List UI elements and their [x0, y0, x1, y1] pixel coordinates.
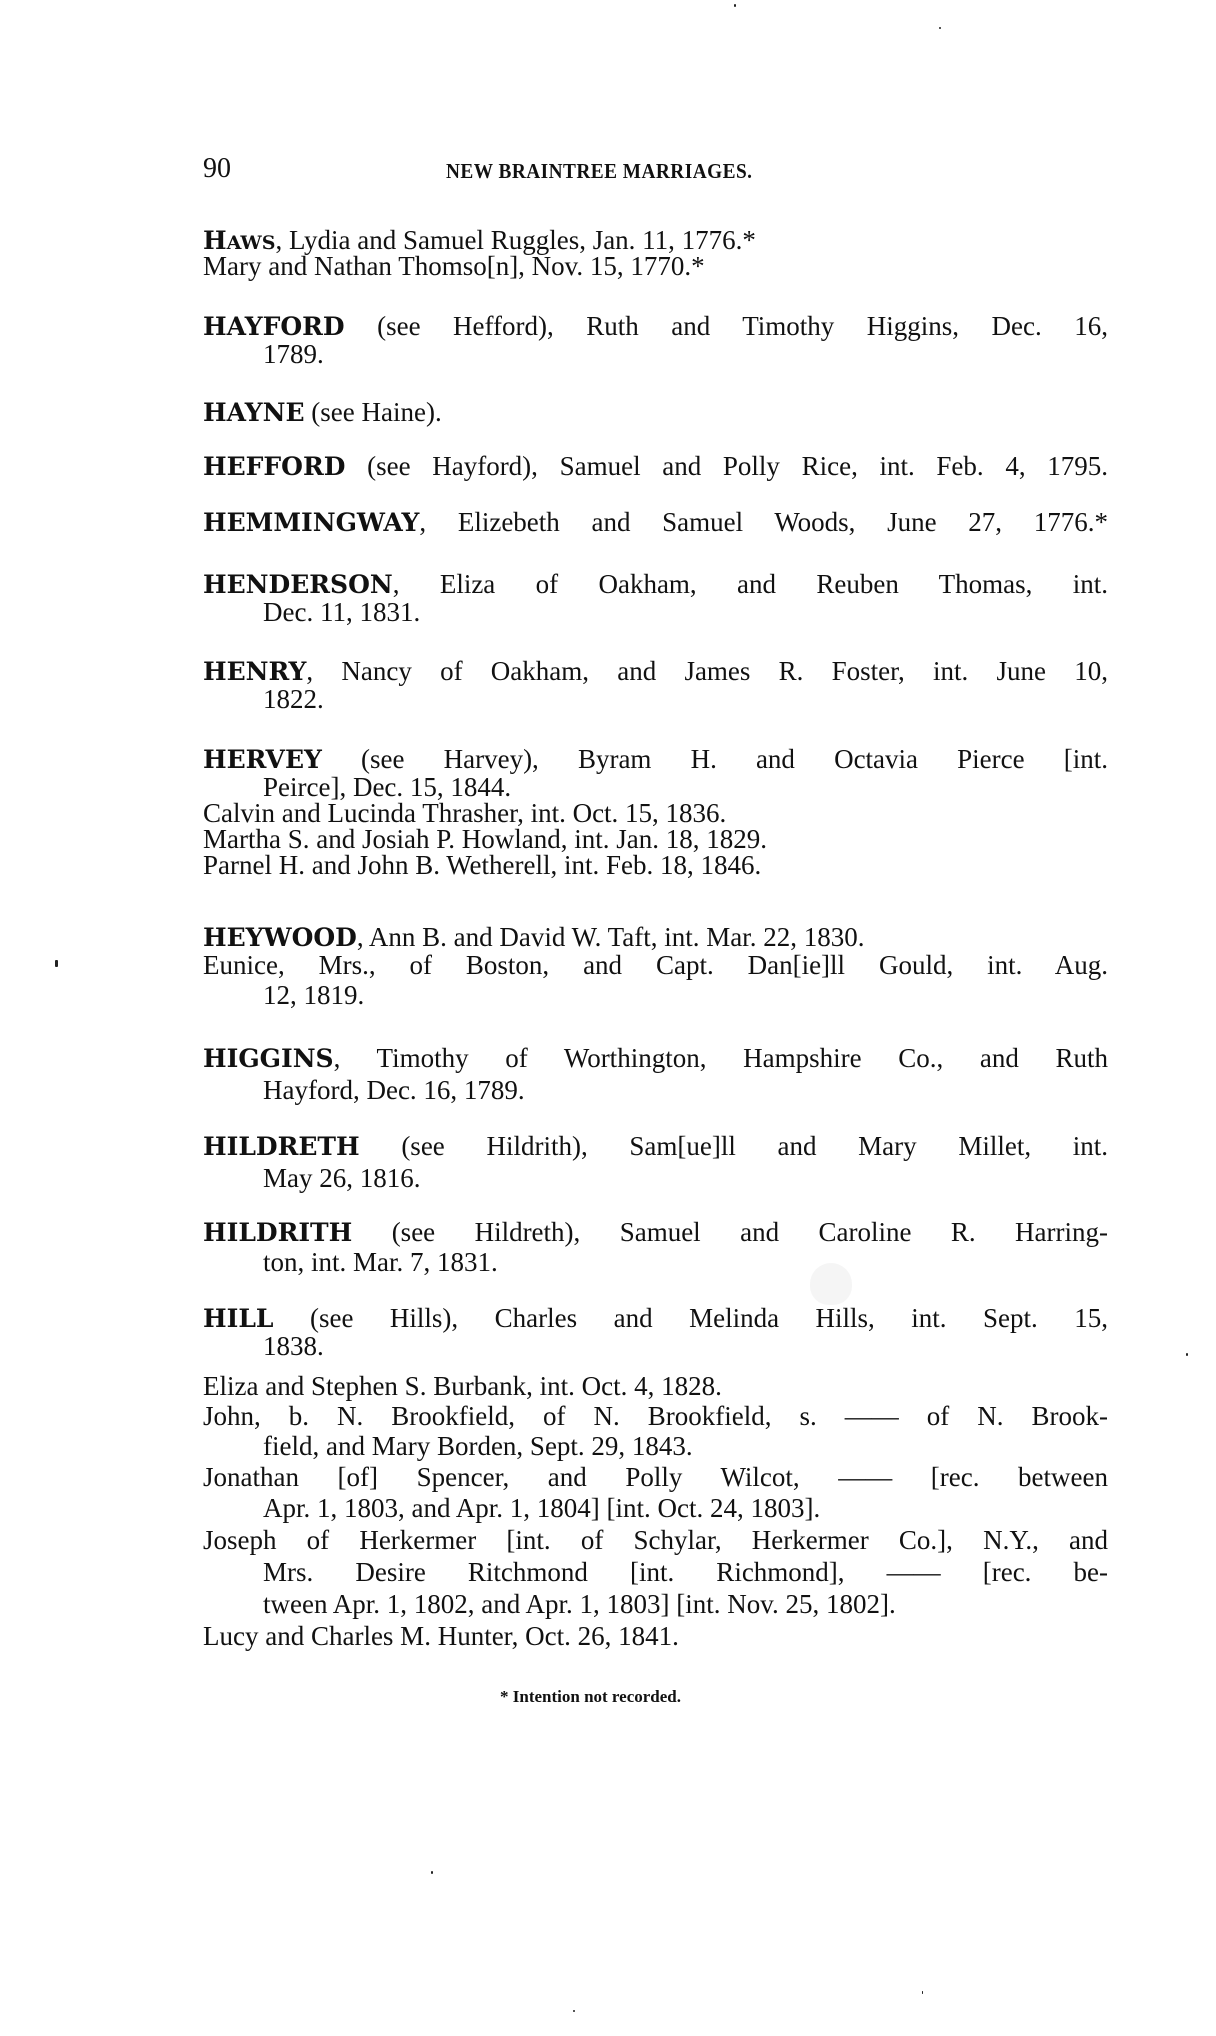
entry-text: 1822. — [263, 684, 324, 714]
entry-line: HEMMINGWAY, Elizebeth and Samuel Woods, … — [203, 506, 1108, 539]
entry-text: May 26, 1816. — [263, 1163, 421, 1193]
entry-continuation-line: 1822. — [263, 683, 1108, 715]
running-head: 90 NEW BRAINTREE MARRIAGES. — [203, 152, 1108, 186]
entry-text: ton, int. Mar. 7, 1831. — [263, 1247, 498, 1277]
entry-line: Lucy and Charles M. Hunter, Oct. 26, 184… — [203, 1620, 1108, 1652]
entry-continuation-line: ton, int. Mar. 7, 1831. — [263, 1246, 1108, 1278]
page-title: NEW BRAINTREE MARRIAGES. — [446, 156, 752, 186]
entry-text: 1789. — [263, 339, 324, 369]
entry-line: HEFFORD (see Hayford), Samuel and Polly … — [203, 450, 1108, 483]
entry-text: Jonathan [of] Spencer, and Polly Wilcot,… — [203, 1462, 1108, 1492]
entry-text: , Eliza of Oakham, and Reuben Thomas, in… — [393, 569, 1108, 599]
entry-text: , Ann B. and David W. Taft, int. Mar. 22… — [357, 922, 865, 952]
entry-text: tween Apr. 1, 1802, and Apr. 1, 1803] [i… — [263, 1589, 896, 1619]
entry-continuation-line: May 26, 1816. — [263, 1162, 1108, 1194]
entry-text: Eliza and Stephen S. Burbank, int. Oct. … — [203, 1371, 722, 1401]
entry-line: HILDRITH (see Hildreth), Samuel and Caro… — [203, 1216, 1108, 1249]
entry-text: (see Harvey), Byram H. and Octavia Pierc… — [322, 744, 1108, 774]
entry-line: HAYNE (see Haine). — [203, 396, 1108, 429]
entry-text: Joseph of Herkermer [int. of Schylar, He… — [203, 1525, 1108, 1555]
entry-text: John, b. N. Brookfield, of N. Brookfield… — [203, 1401, 1108, 1431]
entry-text: (see Hefford), Ruth and Timothy Higgins,… — [345, 311, 1108, 341]
entry-line: Jonathan [of] Spencer, and Polly Wilcot,… — [203, 1461, 1108, 1493]
scan-speck — [55, 960, 58, 967]
surname-heading: HENRY — [203, 657, 306, 686]
entry-text: (see Hayford), Samuel and Polly Rice, in… — [345, 451, 1108, 481]
entry-continuation-line: field, and Mary Borden, Sept. 29, 1843. — [263, 1430, 1108, 1462]
surname-heading: HEMMINGWAY — [203, 508, 419, 537]
entry-text: (see Hildreth), Samuel and Caroline R. H… — [352, 1217, 1108, 1247]
entry-text: 12, 1819. — [263, 980, 364, 1010]
entry-continuation-line: 1789. — [263, 338, 1108, 370]
entry-text: , Timothy of Worthington, Hampshire Co.,… — [334, 1043, 1108, 1073]
surname-heading: HENDERSON — [203, 570, 393, 599]
surname-heading: HERVEY — [203, 745, 322, 774]
entry-text: Lucy and Charles M. Hunter, Oct. 26, 184… — [203, 1621, 679, 1651]
entry-text: , Elizebeth and Samuel Woods, June 27, 1… — [419, 507, 1108, 537]
surname-heading: HEYWOOD — [203, 923, 357, 952]
surname-heading: HIGGINS — [203, 1044, 334, 1073]
scan-speck — [573, 2010, 575, 2012]
entry-text: 1838. — [263, 1331, 324, 1361]
entry-text: , Nancy of Oakham, and James R. Foster, … — [306, 656, 1108, 686]
entry-continuation-line: 1838. — [263, 1330, 1108, 1362]
entry-text: Parnel H. and John B. Wetherell, int. Fe… — [203, 850, 761, 880]
entry-line: Parnel H. and John B. Wetherell, int. Fe… — [203, 849, 1108, 881]
entry-line: HILDRETH (see Hildrith), Sam[ue]ll and M… — [203, 1130, 1108, 1163]
entry-text: Dec. 11, 1831. — [263, 597, 420, 627]
surname-heading: HILL — [203, 1304, 273, 1333]
entry-continuation-line: Mrs. Desire Ritchmond [int. Richmond], —… — [263, 1556, 1108, 1588]
document-page: 90 NEW BRAINTREE MARRIAGES. HAWS, Lydia … — [0, 0, 1216, 2036]
surname-heading: HILDRITH — [203, 1218, 352, 1247]
scan-speck — [734, 4, 736, 7]
entry-text: (see Hills), Charles and Melinda Hills, … — [273, 1303, 1108, 1333]
footnote: * Intention not recorded. — [500, 1686, 681, 1708]
entry-text: (see Hildrith), Sam[ue]ll and Mary Mille… — [360, 1131, 1108, 1161]
entry-continuation-line: Dec. 11, 1831. — [263, 596, 1108, 628]
entry-line: Eunice, Mrs., of Boston, and Capt. Dan[i… — [203, 949, 1108, 981]
entry-line: Joseph of Herkermer [int. of Schylar, He… — [203, 1524, 1108, 1556]
entry-text: Apr. 1, 1803, and Apr. 1, 1804] [int. Oc… — [263, 1493, 820, 1523]
entry-continuation-line: 12, 1819. — [263, 979, 1108, 1011]
scan-speck — [1186, 1353, 1188, 1356]
scan-speck — [431, 1871, 433, 1874]
entry-text: Eunice, Mrs., of Boston, and Capt. Dan[i… — [203, 950, 1108, 980]
surname-heading: HEFFORD — [203, 452, 345, 481]
entry-line: HIGGINS, Timothy of Worthington, Hampshi… — [203, 1042, 1108, 1075]
surname-heading: HAYFORD — [203, 312, 345, 341]
entry-line: Eliza and Stephen S. Burbank, int. Oct. … — [203, 1370, 1108, 1402]
entry-continuation-line: Apr. 1, 1803, and Apr. 1, 1804] [int. Oc… — [263, 1492, 1108, 1524]
entry-continuation-line: Hayford, Dec. 16, 1789. — [263, 1074, 1108, 1106]
surname-heading: HILDRETH — [203, 1132, 360, 1161]
scan-speck — [939, 27, 941, 29]
entry-text: field, and Mary Borden, Sept. 29, 1843. — [263, 1431, 693, 1461]
watermark-icon — [810, 1263, 852, 1305]
entry-line: Mary and Nathan Thomso[n], Nov. 15, 1770… — [203, 250, 1108, 282]
entry-text: (see Haine). — [305, 397, 442, 427]
entry-continuation-line: tween Apr. 1, 1802, and Apr. 1, 1803] [i… — [263, 1588, 1108, 1620]
entry-text: Mary and Nathan Thomso[n], Nov. 15, 1770… — [203, 251, 705, 281]
page-number: 90 — [203, 152, 231, 186]
entry-text: Mrs. Desire Ritchmond [int. Richmond], —… — [263, 1557, 1108, 1587]
scan-speck — [922, 1991, 923, 1994]
entry-text: Hayford, Dec. 16, 1789. — [263, 1075, 525, 1105]
surname-heading: HAYNE — [203, 398, 305, 427]
entry-line: John, b. N. Brookfield, of N. Brookfield… — [203, 1400, 1108, 1432]
